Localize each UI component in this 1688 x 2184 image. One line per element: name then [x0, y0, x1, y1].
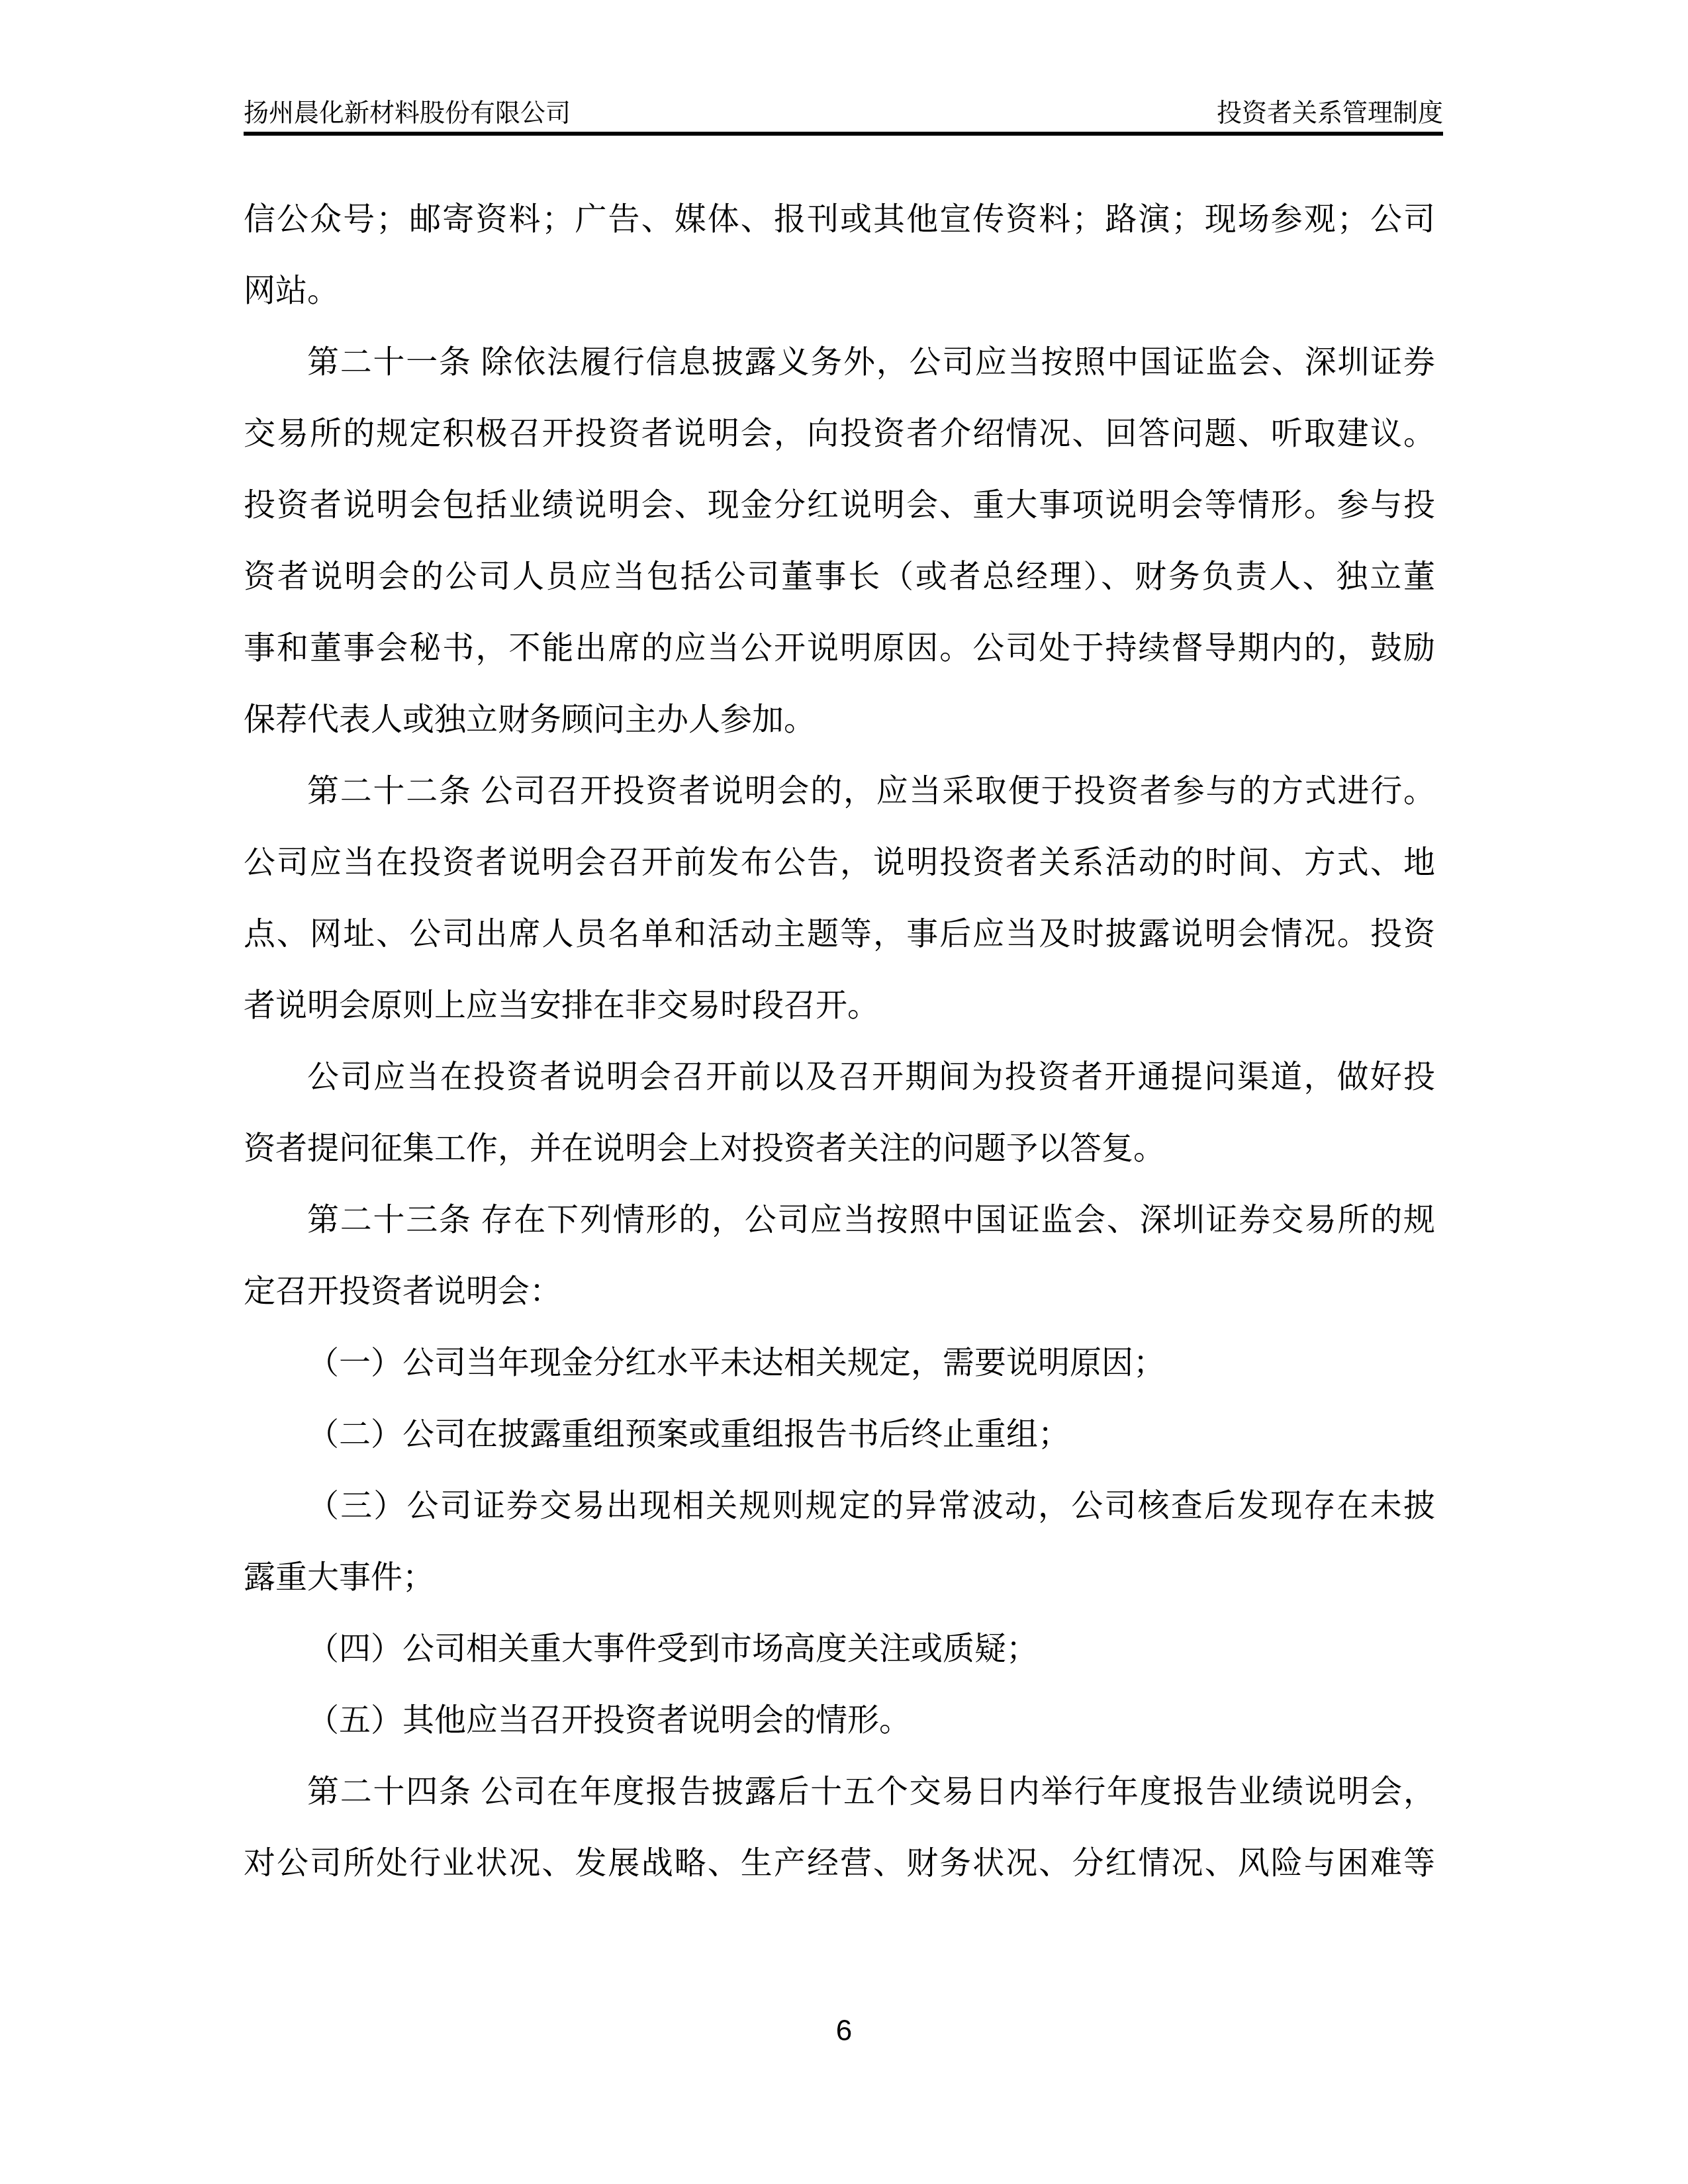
text-line: 资者说明会的公司人员应当包括公司董事长（或者总经理）、财务负责人、独立董 [244, 541, 1435, 613]
text-line: （三）公司证券交易出现相关规则规定的异常波动，公司核查后发现存在未披 [244, 1471, 1435, 1542]
text-line: 交易所的规定积极召开投资者说明会，向投资者介绍情况、回答问题、听取建议。 [244, 398, 1435, 470]
text-line: 者说明会原则上应当安排在非交易时段召开。 [244, 970, 1435, 1042]
text-line: 网站。 [244, 255, 1435, 327]
text-line: 第二十四条 公司在年度报告披露后十五个交易日内举行年度报告业绩说明会， [244, 1756, 1435, 1828]
text-line: 第二十三条 存在下列情形的，公司应当按照中国证监会、深圳证券交易所的规 [244, 1185, 1435, 1256]
paragraph: （三）公司证券交易出现相关规则规定的异常波动，公司核查后发现存在未披露重大事件； [244, 1471, 1435, 1614]
text-line: 点、网址、公司出席人员名单和活动主题等，事后应当及时披露说明会情况。投资 [244, 899, 1435, 970]
text-line: （四）公司相关重大事件受到市场高度关注或质疑； [244, 1614, 1435, 1685]
text-line: 公司应当在投资者说明会召开前发布公告，说明投资者关系活动的时间、方式、地 [244, 827, 1435, 899]
text-line: （一）公司当年现金分红水平未达相关规定，需要说明原因； [244, 1328, 1435, 1399]
paragraph: （二）公司在披露重组预案或重组报告书后终止重组； [244, 1399, 1435, 1471]
text-line: （二）公司在披露重组预案或重组报告书后终止重组； [244, 1399, 1435, 1471]
text-line: 事和董事会秘书，不能出席的应当公开说明原因。公司处于持续督导期内的，鼓励 [244, 613, 1435, 684]
document-body: 信公众号；邮寄资料；广告、媒体、报刊或其他宣传资料；路演；现场参观；公司网站。第… [244, 184, 1435, 1899]
paragraph: 第二十四条 公司在年度报告披露后十五个交易日内举行年度报告业绩说明会，对公司所处… [244, 1756, 1435, 1899]
page-footer: 6 [0, 2015, 1688, 2048]
paragraph: 第二十二条 公司召开投资者说明会的，应当采取便于投资者参与的方式进行。公司应当在… [244, 756, 1435, 1042]
paragraph: （一）公司当年现金分红水平未达相关规定，需要说明原因； [244, 1328, 1435, 1399]
header-divider-line [244, 132, 1443, 136]
text-line: 定召开投资者说明会： [244, 1256, 1435, 1328]
page-number: 6 [836, 2015, 852, 2047]
text-line: 资者提问征集工作，并在说明会上对投资者关注的问题予以答复。 [244, 1113, 1435, 1185]
text-line: 露重大事件； [244, 1542, 1435, 1614]
text-line: 保荐代表人或独立财务顾问主办人参加。 [244, 684, 1435, 756]
paragraph: 第二十一条 除依法履行信息披露义务外，公司应当按照中国证监会、深圳证券交易所的规… [244, 327, 1435, 756]
paragraph: 公司应当在投资者说明会召开前以及召开期间为投资者开通提问渠道，做好投资者提问征集… [244, 1042, 1435, 1185]
text-line: 对公司所处行业状况、发展战略、生产经营、财务状况、分红情况、风险与困难等 [244, 1828, 1435, 1899]
header-doc-title: 投资者关系管理制度 [1217, 97, 1443, 130]
paragraph: 信公众号；邮寄资料；广告、媒体、报刊或其他宣传资料；路演；现场参观；公司网站。 [244, 184, 1435, 327]
document-page: 扬州晨化新材料股份有限公司 投资者关系管理制度 信公众号；邮寄资料；广告、媒体、… [0, 0, 1688, 2184]
paragraph: 第二十三条 存在下列情形的，公司应当按照中国证监会、深圳证券交易所的规定召开投资… [244, 1185, 1435, 1328]
page-header: 扬州晨化新材料股份有限公司 投资者关系管理制度 [244, 97, 1443, 130]
text-line: 第二十二条 公司召开投资者说明会的，应当采取便于投资者参与的方式进行。 [244, 756, 1435, 827]
header-company-name: 扬州晨化新材料股份有限公司 [244, 97, 571, 130]
text-line: （五）其他应当召开投资者说明会的情形。 [244, 1685, 1435, 1756]
text-line: 公司应当在投资者说明会召开前以及召开期间为投资者开通提问渠道，做好投 [244, 1042, 1435, 1113]
text-line: 第二十一条 除依法履行信息披露义务外，公司应当按照中国证监会、深圳证券 [244, 327, 1435, 398]
paragraph: （四）公司相关重大事件受到市场高度关注或质疑； [244, 1614, 1435, 1685]
paragraph: （五）其他应当召开投资者说明会的情形。 [244, 1685, 1435, 1756]
text-line: 投资者说明会包括业绩说明会、现金分红说明会、重大事项说明会等情形。参与投 [244, 470, 1435, 541]
text-line: 信公众号；邮寄资料；广告、媒体、报刊或其他宣传资料；路演；现场参观；公司 [244, 184, 1435, 255]
